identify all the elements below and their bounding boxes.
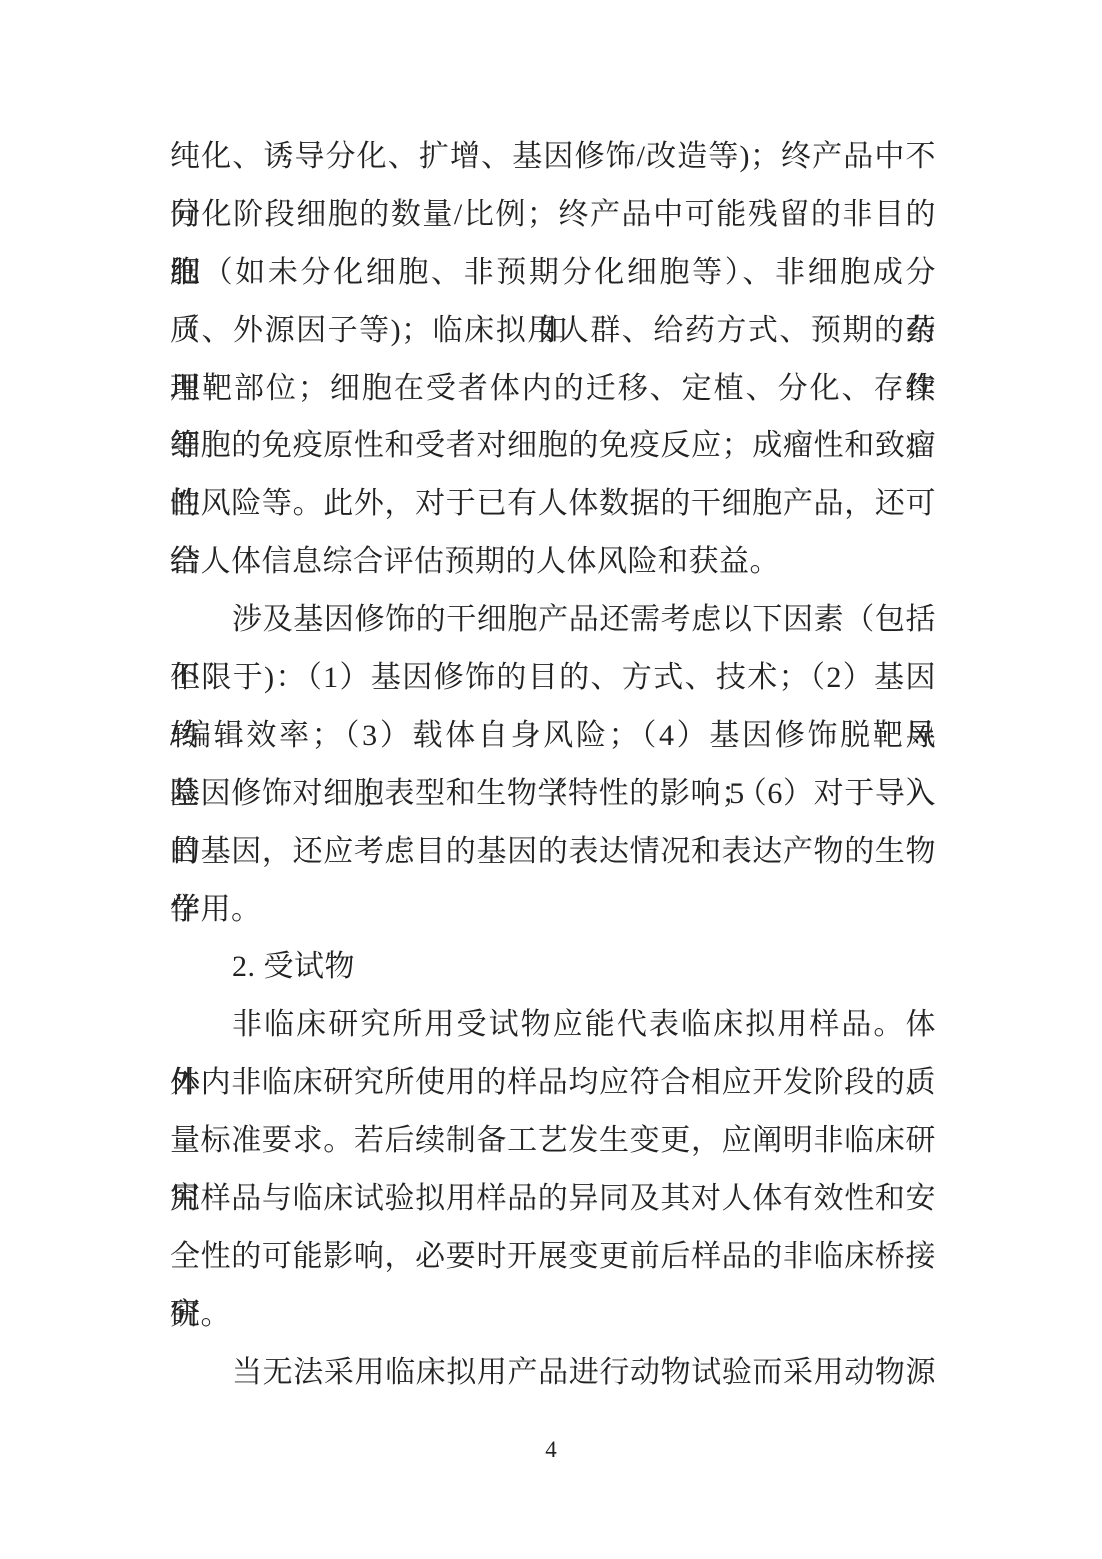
text-line: 究。: [170, 1286, 936, 1344]
section-heading: 2. 受试物: [170, 938, 936, 996]
text-line: 量标准要求。若后续制备工艺发生变更，应阐明非临床研究: [170, 1112, 936, 1170]
text-line: 不限于)：（1）基因修饰的目的、方式、技术；（2）基因转导: [170, 649, 936, 707]
text-line: 的风险等。此外，对于已有人体数据的干细胞产品，还可结: [170, 475, 936, 533]
text-line: /编辑效率；（3）载体自身风险；（4）基因修饰脱靶风险；（5）: [170, 707, 936, 765]
text-line: 非临床研究所用受试物应能代表临床拟用样品。体外、: [170, 996, 936, 1054]
document-page: 纯化、诱导分化、扩增、基因修饰/改造等)；终产品中不同分化阶段细胞的数量/比例；…: [0, 0, 1102, 1559]
text-line: 体内非临床研究所使用的样品均应符合相应开发阶段的质: [170, 1054, 936, 1112]
text-line: 用样品与临床试验拟用样品的异同及其对人体有效性和安: [170, 1170, 936, 1228]
text-line: 合人体信息综合评估预期的人体风险和获益。: [170, 533, 936, 591]
text-line: 胞（如未分化细胞、非预期分化细胞等）、非细胞成分（如杂: [170, 244, 936, 302]
text-line: 当无法采用临床拟用产品进行动物试验而采用动物源: [170, 1344, 936, 1402]
text-line: 涉及基因修饰的干细胞产品还需考虑以下因素（包括但: [170, 591, 936, 649]
text-line: 分化阶段细胞的数量/比例；终产品中可能残留的非目的细: [170, 186, 936, 244]
text-line: 质、外源因子等)；临床拟用人群、给药方式、预期的药理作: [170, 302, 936, 360]
text-line: 全性的可能影响，必要时开展变更前后样品的非临床桥接研: [170, 1228, 936, 1286]
text-line: 的基因，还应考虑目的基因的表达情况和表达产物的生物学: [170, 823, 936, 881]
text-line: 细胞的免疫原性和受者对细胞的免疫反应；成瘤性和致瘤性: [170, 417, 936, 475]
text-line: 作用。: [170, 881, 936, 939]
page-text-block: 纯化、诱导分化、扩增、基因修饰/改造等)；终产品中不同分化阶段细胞的数量/比例；…: [170, 128, 936, 1402]
page-number: 4: [0, 1432, 1102, 1468]
text-line: 基因修饰对细胞表型和生物学特性的影响；（6）对于导入目: [170, 765, 936, 823]
text-line: 纯化、诱导分化、扩增、基因修饰/改造等)；终产品中不同: [170, 128, 936, 186]
text-line: 用靶部位；细胞在受者体内的迁移、定植、分化、存续等；: [170, 360, 936, 418]
